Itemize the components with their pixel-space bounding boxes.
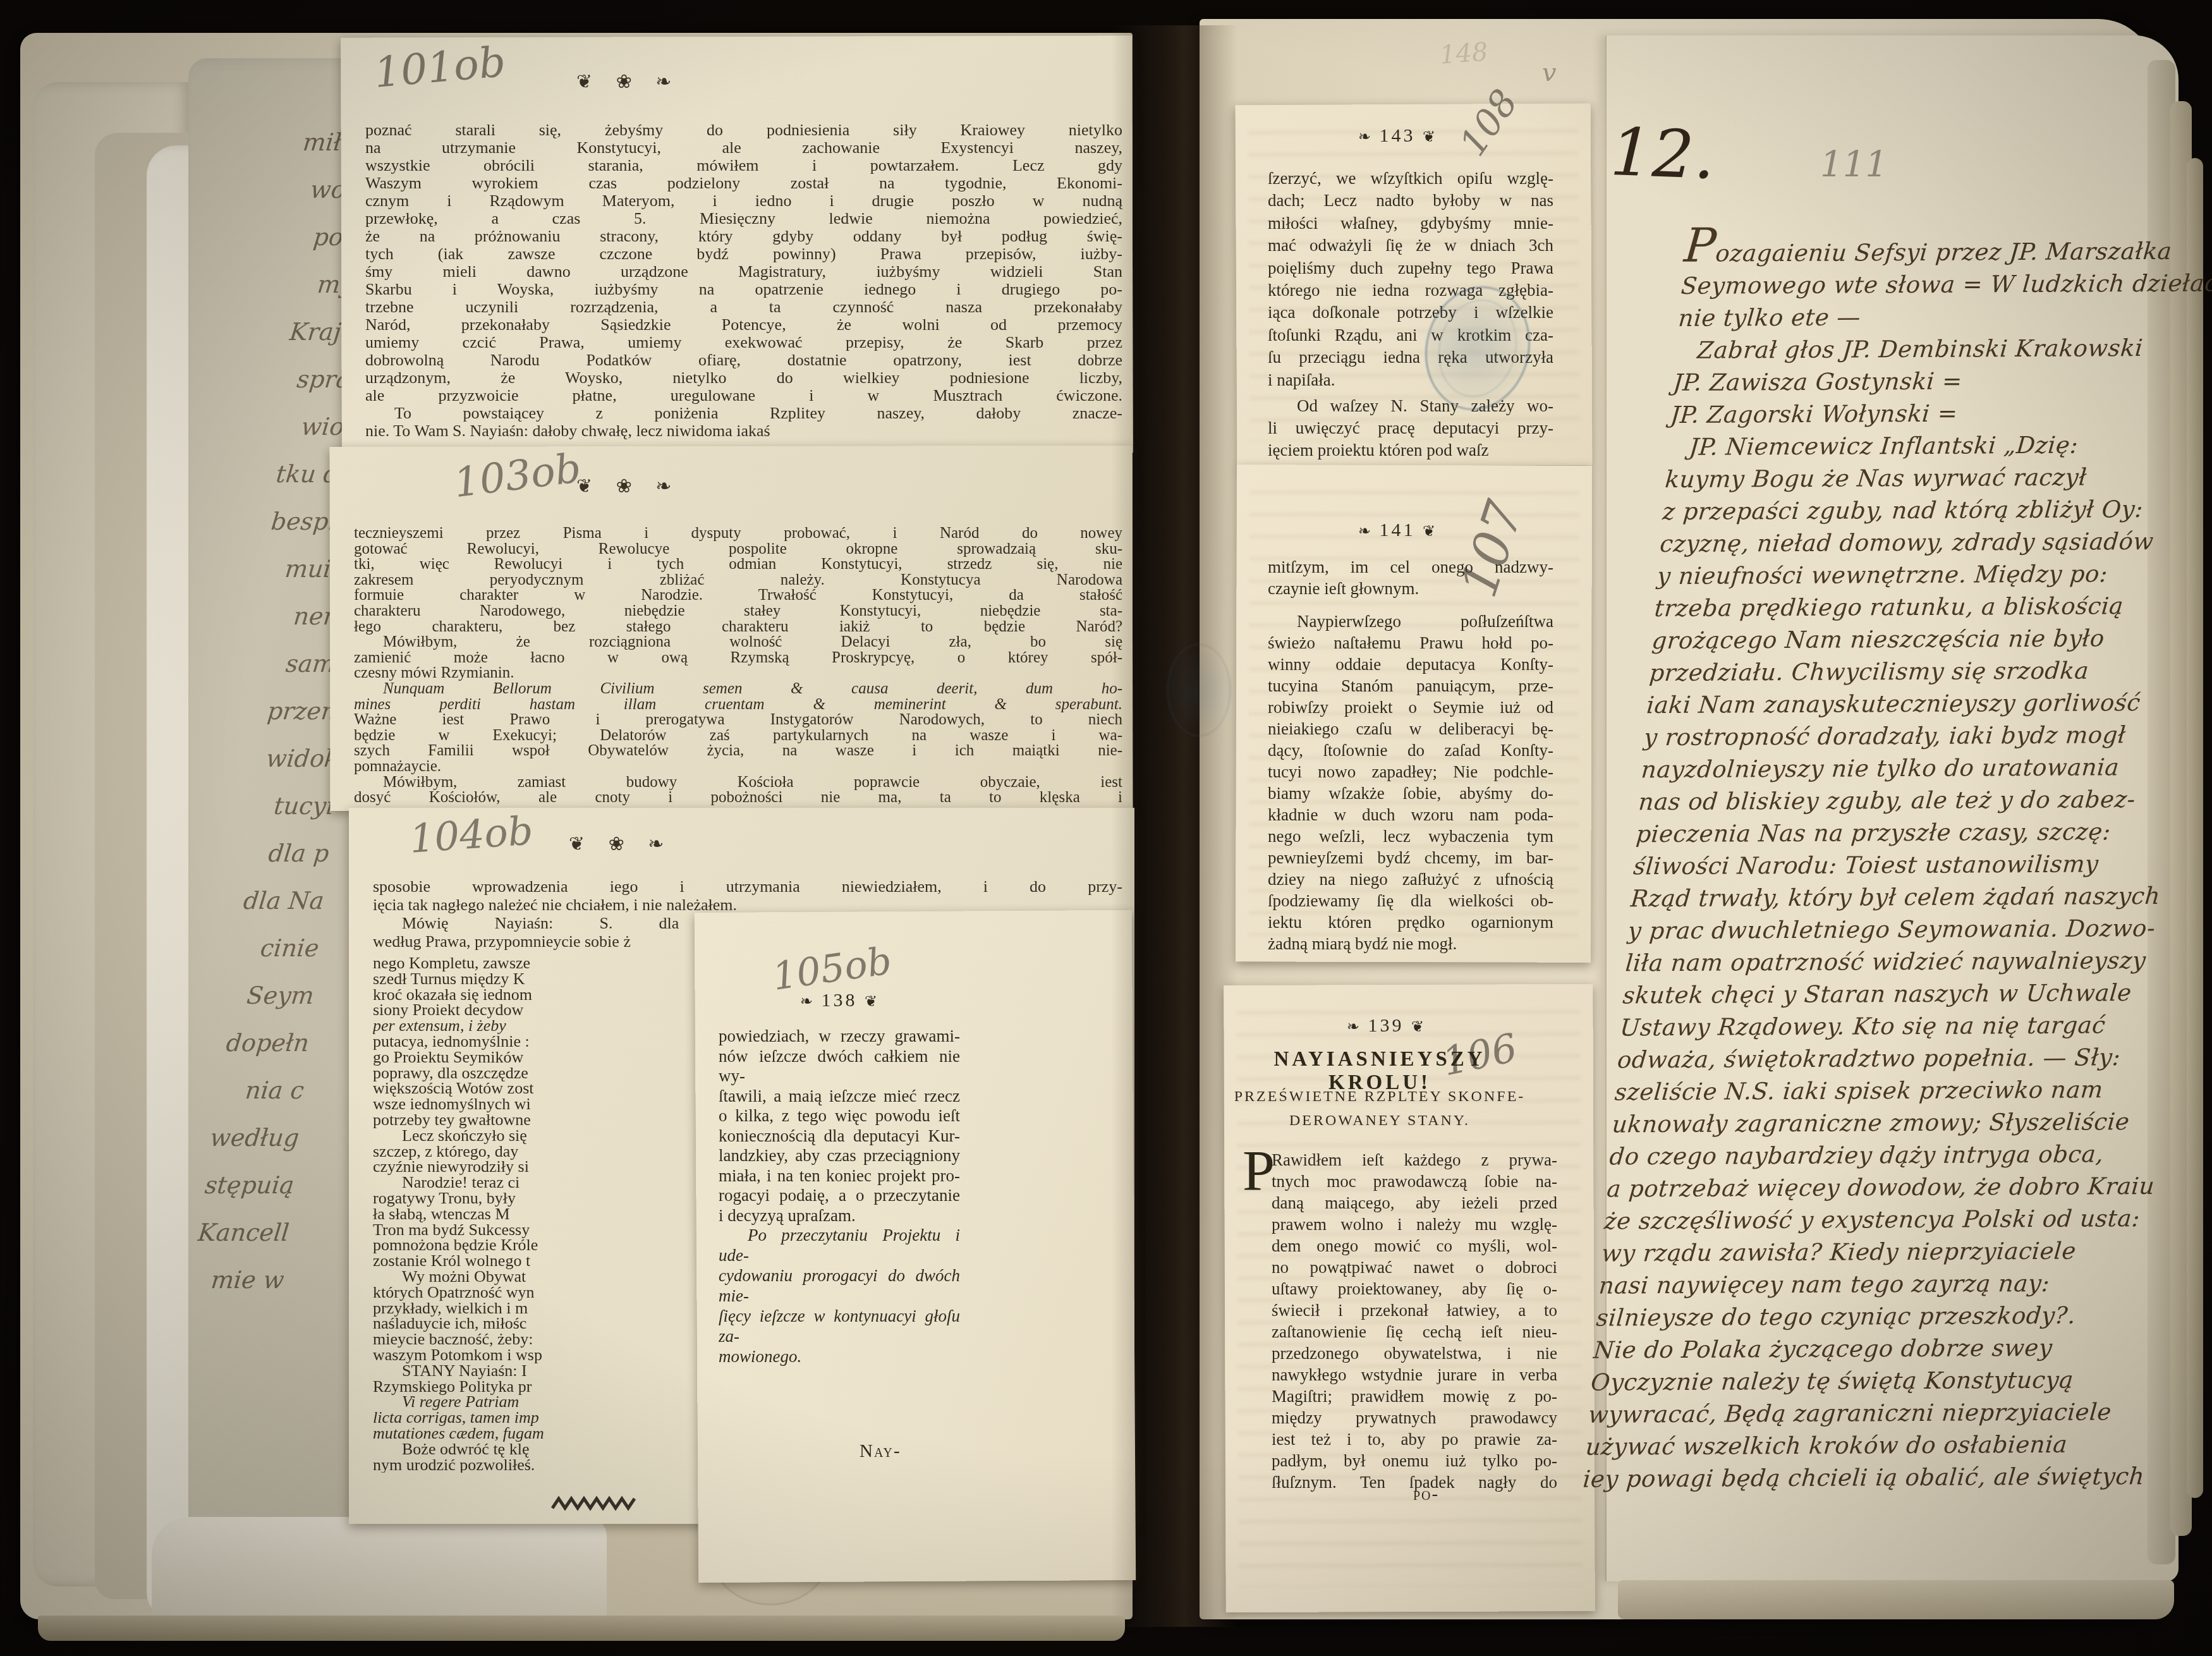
printed-line: dziey na niego zaſłużyć z ufnością xyxy=(1268,868,1553,890)
printed-line: robiwſzy proiekt o Seymie iuż od xyxy=(1268,697,1553,718)
printed-text-138: powiedziach, w rzeczy grawami-nów ieſzcz… xyxy=(719,1026,960,1226)
manuscript-line: y rostropność doradzały, iaki bydz mogł xyxy=(1643,719,2195,754)
manuscript-line: śliwości Narodu: Toiest ustanowilismy xyxy=(1632,848,2184,883)
printed-line: czesny mówi Rzymianin. xyxy=(354,666,1122,681)
printed-line: Nunquam Bellorum Civilium semen & causa … xyxy=(354,681,1122,697)
printed-line: i decyzyą upraſzam. xyxy=(719,1206,960,1226)
printed-line: Wy możni Obywat xyxy=(373,1269,702,1285)
printed-line: mutationes cædem, fugam xyxy=(373,1426,702,1442)
printed-line: dący, ſtoſownie do zaſad Konſty- xyxy=(1268,740,1553,761)
head-ornament-icon: ❦ ❀ ❧ xyxy=(576,475,680,497)
manuscript-line: Seymowego wte słowa = W ludzkich dziełac… xyxy=(1680,267,2212,302)
manuscript-line: pieczenia Nas na przyszłe czasy, szczę: xyxy=(1635,815,2187,851)
printed-line: szedł Turnus między K xyxy=(373,971,702,987)
printed-line: nie. To Wam S. Nayiaśn: dałoby chwałę, l… xyxy=(365,422,1122,440)
pencil-folio-number: 104ob xyxy=(408,807,535,861)
printed-text-143-second: Od waſzey N. Stany zależy wo-li uwięczyć… xyxy=(1268,395,1553,461)
manuscript-line: przedziału. Chwycilismy się srzodka xyxy=(1648,654,2201,690)
printed-line: Lecz skończyło się xyxy=(373,1128,702,1144)
manuscript-fragment-line: dla p xyxy=(186,830,331,877)
printed-line: żadną miarą bydź nie mogł. xyxy=(1268,933,1553,954)
manuscript-line: y nieufności wewnętrzne. Między po: xyxy=(1656,557,2208,593)
manuscript-line: nie tylko ete — xyxy=(1677,299,2212,334)
manuscript-fragment-line: przem xyxy=(201,688,346,735)
manuscript-fragment-line: widok xyxy=(196,735,341,782)
printed-line: ła słabą, wtenczas M xyxy=(373,1207,702,1222)
manuscript-line: do czego naybardziey dąży intryga obca, xyxy=(1608,1138,2161,1173)
printed-line: ſpodziewamy ſię dla wielkości ob- xyxy=(1268,890,1553,911)
printed-line: Naypierwſzego poſłuſzeńſtwa xyxy=(1268,611,1553,632)
printed-line: pomnażaycie. xyxy=(354,759,1122,775)
page-edge-stack xyxy=(38,1616,1125,1641)
printed-line: Naród, przekonałaby Sąsiedzkie Potencye,… xyxy=(365,316,1122,334)
faint-pencil-mark: 148 xyxy=(1438,37,1488,70)
manuscript-line: wy rządu zawisła? Kiedy nieprzyiaciele xyxy=(1600,1234,2153,1270)
printed-line: mitſzym, im cel onego nadzwy- xyxy=(1268,556,1553,578)
printed-line: tucyina Stanóm panuiącym, prze- xyxy=(1268,675,1553,697)
printed-line: cydowaniu prorogacyi do dwóch mie- xyxy=(719,1265,960,1306)
ink-page-number: 12. xyxy=(1609,113,1717,194)
manuscript-fragment-line: tucyi xyxy=(191,782,336,830)
manuscript-fragment-line: Seym xyxy=(171,972,317,1020)
printed-line: wszystkie obrócili starania, mówiłem i p… xyxy=(365,157,1122,174)
printed-line: nawykłego wstydnie jurare in verba xyxy=(1272,1364,1557,1385)
printed-text-103ob: tecznieyszemi przez Pisma i dysputy prob… xyxy=(354,526,1122,806)
manuscript-line: iaki Nam zanayskutecznieyszy gorliwość xyxy=(1645,686,2197,722)
page-number-header: ❧ 141 ❦ xyxy=(1255,520,1540,541)
printed-line: li uwięczyć pracę deputacyi przy- xyxy=(1268,417,1553,439)
printed-line: nego weſzli, lecz wybaczenia tym xyxy=(1268,825,1553,847)
manuscript-line: iey powagi będą chcieli ią obalić, ale ś… xyxy=(1582,1460,2134,1495)
printed-line: zamienić może łacno w ową Rzymską Proskr… xyxy=(354,650,1122,666)
address-title: NAYIASNIEYSZY KROLU! xyxy=(1231,1048,1528,1095)
printed-line: Waszym wyrokiem czas podzielony został n… xyxy=(365,174,1122,192)
manuscript-line: odważa, świętokradztwo popełnia. — Sły: xyxy=(1616,1041,2168,1076)
manuscript-line: nas od bliskiey zguby, ale też y do zabe… xyxy=(1638,783,2190,819)
printed-line: cznym i Rządowym Materyom, i iedno i dru… xyxy=(365,192,1122,210)
manuscript-line: JP. Zagorski Wołynski = xyxy=(1669,396,2212,431)
manuscript-line: Oyczyznie należy tę świętą Konstytucyą xyxy=(1589,1363,2142,1399)
manuscript-text: Pozagaieniu Sefsyi przez JP. MarszałkaSe… xyxy=(1582,227,2212,1495)
manuscript-fragment-line: dopełn xyxy=(166,1020,312,1067)
printed-line: charakteru Narodowego, niebędzie stałey … xyxy=(354,604,1122,619)
tailpiece-ornament-icon xyxy=(551,1493,640,1518)
printed-line: nieiakiego czaſu w deliberacyi bę- xyxy=(1268,718,1553,740)
manuscript-line: Pozagaieniu Sefsyi przez JP. Marszałka xyxy=(1682,227,2212,270)
manuscript-line: trzeba prędkiego ratunku, a bliskością xyxy=(1653,590,2206,625)
printed-line: tych (iak zawsze czczone bydź powinny) P… xyxy=(365,245,1122,263)
printed-line: miała, i na ten koniec projekt pro- xyxy=(719,1166,960,1186)
printed-line: biamy wſzakże ſobie, abyśmy do- xyxy=(1268,782,1553,804)
manuscript-fragment-line: według xyxy=(156,1114,301,1162)
printed-line: będzie w Exekucyi; Delatorów zaś partyku… xyxy=(354,728,1122,744)
printed-line: świecił i przekonał łatwiey, a to xyxy=(1272,1300,1557,1321)
printed-line: Od waſzey N. Stany zależy wo- xyxy=(1268,395,1553,417)
manuscript-line: szeliście N.S. iaki spisek przeciwko nam xyxy=(1613,1073,2166,1109)
printed-line: szych Familii wspoł Obywatelów życia, na… xyxy=(354,743,1122,759)
printed-text-104ob-column: nego Kompletu, zawszeszedł Turnus między… xyxy=(373,956,702,1473)
manuscript-line: czyznę, nieład domowy, zdrady sąsiadów xyxy=(1658,525,2211,560)
printed-line: urządzonym, że Woysko, nietylko do wielk… xyxy=(365,369,1122,387)
blue-ink-stamp-faint xyxy=(1167,643,1231,737)
printed-line: Rawidłem ieſt każdego z prywa- xyxy=(1272,1149,1557,1171)
page-number: 139 xyxy=(1368,1015,1404,1036)
printed-line: winny oddaie deputacya Konſty- xyxy=(1268,654,1553,675)
printed-line: koniecznością dla deputacyi Kur- xyxy=(719,1126,960,1147)
manuscript-line: silnieysze do tego czyniąc przeszkody?. xyxy=(1595,1299,2148,1334)
printed-line: landzkiey, aby czas przeciągniony xyxy=(719,1146,960,1166)
printed-line: padłym, był onemu iuż tylko po- xyxy=(1272,1450,1557,1471)
printed-line: mowionego. xyxy=(719,1346,960,1367)
printed-text-141: mitſzym, im cel onego nadzwy-czaynie ieſ… xyxy=(1268,556,1553,954)
printed-line: łego charakteru, bez stałego charakteru … xyxy=(354,619,1122,635)
printed-line: umiemy czcić Prawa, umiemy exekwować prz… xyxy=(365,334,1122,351)
printed-line: że na próżnowaniu stracony, który gdyby … xyxy=(365,228,1122,245)
printed-line: śmy mieli dawno urządzone Magistratury, … xyxy=(365,263,1122,281)
printed-line: Ważne iest Prawo i prerogatywa Instygato… xyxy=(354,712,1122,728)
printed-line: iektu któren prędko ogarnionym xyxy=(1268,911,1553,933)
printed-line: dobrowolną Narodu Podatków ofiarę, dosta… xyxy=(365,351,1122,369)
printed-line: iest też i to, aby po prawie za- xyxy=(1272,1428,1557,1450)
printed-line: Magiſtri; prawidłem mowię z po- xyxy=(1272,1385,1557,1407)
manuscript-line: używać wszelkich kroków do osłabienia xyxy=(1584,1428,2137,1463)
printed-line: nów ieſzcze dwóch całkiem nie wy- xyxy=(719,1047,960,1087)
printed-line: tucyi nowo zapadłey; Nie podchle- xyxy=(1268,761,1553,782)
header-sprig-icon: ❦ xyxy=(1423,522,1437,540)
printed-line: rogacyi podaię, a o przeczytanie xyxy=(719,1186,960,1206)
head-ornament-icon: ❦ ❀ ❧ xyxy=(576,71,680,93)
address-subtitle: PRZEŚWIETNE RZPLTEY SKONFE- xyxy=(1231,1088,1528,1105)
manuscript-line: a potrzebaż więcey dowodow, że dobro Kra… xyxy=(1605,1170,2158,1205)
printed-line: miłości właſney, gdybyśmy mnie- xyxy=(1268,212,1553,234)
printed-text-139: Rawidłem ieſt każdego z prywa-tnych moc … xyxy=(1272,1149,1557,1493)
printed-line: ſtawili, a maią ieſzcze mieć rzecz xyxy=(719,1087,960,1107)
manuscript-line: JP. Zawisza Gostynski = xyxy=(1672,363,2212,399)
manuscript-line: Rząd trwały, który był celem żądań naszy… xyxy=(1629,880,2182,915)
printed-line: ale przyzwoicie płatne, uregulowane i w … xyxy=(365,387,1122,405)
printed-line: waszym Potomkom i wsp xyxy=(373,1348,702,1363)
printed-line: powiedziach, w rzeczy grawami- xyxy=(719,1026,960,1047)
manuscript-line: Zabrał głos JP. Dembinski Krakowski xyxy=(1675,331,2212,367)
printed-line: daną maiącego, aby ieżeli przed xyxy=(1272,1192,1557,1214)
manuscript-line: JP. Niemcewicz Inflantski „Dzię: xyxy=(1667,428,2212,463)
printed-line: ſzerzyć, we wſzyſtkich opiſu wzglę- xyxy=(1268,167,1553,190)
manuscript-line: nasi naywięcey nam tego zayrzą nay: xyxy=(1598,1267,2150,1302)
header-sprig-icon: ❦ xyxy=(865,992,878,1010)
printed-line: zakresem peryodycznym zbliżać należy. Ko… xyxy=(354,573,1122,588)
printed-line: formuie charakter w Narodzie. Trwałość K… xyxy=(354,588,1122,604)
header-sprig-icon: ❧ xyxy=(1347,1018,1361,1035)
printed-line: czaynie ieſt głownym. xyxy=(1268,578,1553,599)
printed-line: Skarbu i Woyska, iużbyśmy na opatrzenie … xyxy=(365,281,1122,298)
printed-line: nym urodzić pozwoliłeś. xyxy=(373,1458,702,1473)
printed-line: ſięcy ieſzcze w kontynuacyi głoſu za- xyxy=(719,1306,960,1346)
printed-line: poznać starali się, żebyśmy do podniesie… xyxy=(365,121,1122,139)
manuscript-fragment-line: dla Na xyxy=(181,877,327,925)
manuscript-line: Nie do Polaka życzącego dobrze swey xyxy=(1592,1331,2144,1367)
printed-line: Boże odwróć tę klę xyxy=(373,1442,702,1458)
printed-line: tecznieyszemi przez Pisma i dysputy prob… xyxy=(354,526,1122,542)
printed-line: pewnieyſzemi bydź chcemy, im bar- xyxy=(1268,847,1553,868)
printed-line: o kilka, z tego więc powodu ieſt xyxy=(719,1106,960,1126)
printed-line: dosyć Kościołów, ale cnoty i pobożności … xyxy=(354,790,1122,806)
printed-line: Mówiłbym, zamiast budowy Kościoła popraw… xyxy=(354,775,1122,791)
printed-line: trzebne uczynili rozrządzenia, a ta czyn… xyxy=(365,298,1122,316)
manuscript-fragment-line: nia c xyxy=(161,1067,307,1114)
printed-line: Po przeczytaniu Projektu i ude- xyxy=(719,1225,960,1265)
head-ornament-icon: ❦ ❀ ❧ xyxy=(569,833,672,855)
printed-line: na utrzymanie Konstytucyi, ale zachowani… xyxy=(365,139,1122,157)
manuscript-line: liła nam opatrzność widzieć naywalnieysz… xyxy=(1624,944,2177,980)
page-number-header: ❧ 139 ❦ xyxy=(1244,1015,1528,1037)
manuscript-line: y prac dwuchletniego Seymowania. Dozwo- xyxy=(1627,912,2179,947)
printed-line: gotować Rewolucyi, Rewolucye pospolite o… xyxy=(354,542,1122,557)
page-number: 138 xyxy=(822,990,858,1011)
torn-page-edge xyxy=(152,1517,607,1617)
manuscript-line: że szczęśliwość y exystencya Polski od u… xyxy=(1603,1202,2155,1238)
printed-line: no powątpiwać nawet o dobroci xyxy=(1272,1257,1557,1278)
drop-cap: P xyxy=(1243,1145,1275,1196)
page-number-header: ❧ 143 ❦ xyxy=(1255,125,1540,147)
page-number: 141 xyxy=(1380,520,1416,540)
manuscript-fragment-line: stępuią xyxy=(151,1162,296,1209)
printed-line: dem onego mowić co myśli, wol- xyxy=(1272,1235,1557,1257)
printed-line: których Opatrzność wyn xyxy=(373,1285,702,1301)
printed-line: mines perditi hastam illam cruentam & me… xyxy=(354,697,1122,713)
header-sprig-icon: ❧ xyxy=(1358,522,1372,540)
printed-postscript-138: Po przeczytaniu Projektu i ude-cydowaniu… xyxy=(719,1225,960,1367)
printed-line: kładnie w duch wzoru nam poda- xyxy=(1268,804,1553,825)
manuscript-line: uknowały zagraniczne zmowy; Słyszeliście xyxy=(1611,1105,2163,1141)
printed-line: STANY Nayiaśn: I xyxy=(373,1363,702,1379)
manuscript-line: wywracać, Będą zagraniczni nieprzyiaciel… xyxy=(1587,1396,2139,1431)
manuscript-line: z przepaści zguby, nad którą zbliżył Oy: xyxy=(1662,492,2212,528)
header-sprig-icon: ❧ xyxy=(1358,128,1372,145)
manuscript-line: kuymy Bogu że Nas wyrwać raczył xyxy=(1664,460,2212,496)
manuscript-line: grożącego Nam nieszczęścia nie było xyxy=(1651,622,2203,657)
printed-line: między prywatnych prawodawcy xyxy=(1272,1407,1557,1428)
printed-line: prawem wolno i należy mu wzglę- xyxy=(1272,1214,1557,1235)
printed-line: poięliśmy duch zupełny tego Prawa xyxy=(1268,257,1553,279)
printed-line: Mówiłbym, że rozciągniona wolność Delacy… xyxy=(354,635,1122,650)
page-number-header: ❧ 138 ❦ xyxy=(719,990,960,1011)
printed-line: sposobie wprowadzenia iego i utrzymania … xyxy=(373,877,1122,896)
manuscript-line: nayzdolnieyszy nie tylko do uratowania xyxy=(1640,751,2192,786)
address-subtitle: DEROWANEY STANY. xyxy=(1231,1112,1528,1129)
printed-line: przedzonego obywatelstwa, i nie xyxy=(1272,1342,1557,1364)
pencil-mark: v xyxy=(1542,58,1557,87)
header-sprig-icon: ❧ xyxy=(800,992,814,1010)
page-edge-stack xyxy=(1618,1580,2174,1619)
pencil-page-number: 111 xyxy=(1820,144,1888,185)
printed-line: zaſtanowienie ſię cechą ieſt nieu- xyxy=(1272,1321,1557,1342)
manuscript-fragment-line: mie w xyxy=(141,1257,286,1304)
header-sprig-icon: ❦ xyxy=(1411,1018,1425,1035)
printed-line: dach; Lecz nadto byłoby w nas xyxy=(1268,190,1553,212)
printed-line: To powstaiącey z poniżenia Rzplitey nasz… xyxy=(365,405,1122,422)
manuscript-fragment-line: Kancell xyxy=(146,1209,291,1257)
catchword: po- xyxy=(1413,1484,1439,1505)
printed-line: ięciem proiektu któren pod waſz xyxy=(1268,439,1553,461)
printed-line: tnych moc prawodawczą ſobie na- xyxy=(1272,1171,1557,1192)
printed-line: świeżo naſtałemu Prawu hołd po- xyxy=(1268,632,1553,654)
printed-line: przewłokę, a czas 5. Miesięczny ledwie n… xyxy=(365,210,1122,228)
printed-line: go Proiektu Seymików xyxy=(373,1050,702,1066)
printed-line: mać odważyli ſię że w dniach 3ch xyxy=(1268,234,1553,257)
manuscript-line: skutek chęci y Staran naszych w Uchwale xyxy=(1622,977,2174,1012)
printed-line: uſtawy proiektowaney, aby ſię o- xyxy=(1272,1278,1557,1300)
printed-line: tki, więc Rewolucyi i tych odmian Konsty… xyxy=(354,557,1122,573)
header-sprig-icon: ❦ xyxy=(1423,128,1437,145)
manuscript-fragment-line: cinie xyxy=(176,925,322,972)
album-scan: miłościąwość OponowmywaKrajowisprawiwion… xyxy=(0,0,2212,1656)
manuscript-line: Ustawy Rządowey. Kto się na nię targać xyxy=(1619,1009,2171,1044)
catchword: Nay- xyxy=(860,1441,901,1462)
page-number: 143 xyxy=(1380,125,1416,146)
printed-text-101ob: poznać starali się, żebyśmy do podniesie… xyxy=(365,121,1122,440)
